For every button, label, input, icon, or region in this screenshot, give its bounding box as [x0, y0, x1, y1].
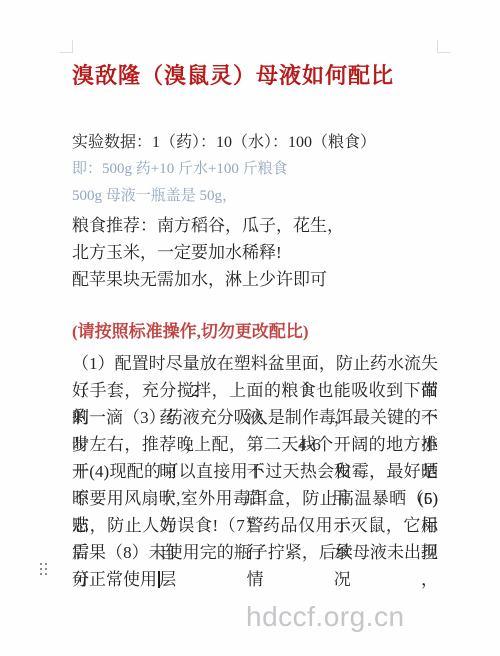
formula-line[interactable]: 即：500g 药+10 斤水+100 斤粮食 — [72, 157, 288, 178]
text-cursor — [158, 571, 160, 588]
instructions-line[interactable]: 后果（8）未使用完的瓶子拧紧，后续母液未出现分层情况， — [72, 539, 438, 566]
grain-recommendation-line[interactable]: 粮食推荐：南方稻谷，瓜子，花生， — [72, 211, 344, 236]
instructions-line[interactable]: 时左右，推荐晚上配，第二天找个开阔的地方摊开晾干和晒 — [72, 431, 438, 458]
warning-note[interactable]: (请按照标准操作,切勿更改配比) — [72, 317, 309, 342]
corner-mark-left — [60, 40, 73, 53]
corner-mark-right — [437, 40, 450, 53]
watermark: hdccf.org.cn — [246, 601, 405, 633]
instructions-line[interactable]: 剩一滴（3）药液充分吸入是制作毒饵最关键的一步，4-6 小 — [72, 404, 438, 431]
drag-handle-icon[interactable] — [40, 563, 47, 575]
instructions-line[interactable]: （1）配置时尽量放在塑料盆里面，防止药水流失 （2）带 — [72, 350, 438, 377]
instructions-line[interactable]: 志，防止人为误食!（7）药品仅用于灭鼠，它用需自行承担 — [72, 512, 438, 539]
doc-title[interactable]: 溴敌隆（溴鼠灵）母液如何配比 — [72, 59, 442, 90]
dosage-line[interactable]: 500g 母液一瓶盖是 50g， — [72, 184, 237, 205]
grain-recommendation-line[interactable]: 配苹果块无需加水，淋上少许即可 — [72, 265, 327, 290]
experiment-data-line[interactable]: 实验数据：1（药）：10（水）：100（粮食） — [72, 129, 376, 152]
document-page[interactable]: 溴敌隆（溴鼠灵）母液如何配比 实验数据：1（药）：10（水）：100（粮食） 即… — [0, 0, 500, 656]
instructions-line-text[interactable]: 可正常使用 — [72, 570, 157, 589]
instructions-paragraph[interactable]: （1）配置时尽量放在塑料盆里面，防止药水流失 （2）带 好手套，充分搅拌，上面的… — [72, 350, 438, 593]
instructions-line[interactable]: 好手套，充分搅拌，上面的粮食也能吸收到下面的药液，不 — [72, 377, 438, 404]
grain-recommendation-line[interactable]: 北方玉米，一定要加水稀释! — [72, 238, 282, 263]
instructions-line[interactable]: 干(4)现配的可以直接用不过天热会发霉，最好是晾干后用(5) — [72, 458, 438, 485]
instructions-line[interactable]: 不要用风扇吹,室外用毒饵盒，防止高温暴晒（6)贴好警示标 — [72, 485, 438, 512]
